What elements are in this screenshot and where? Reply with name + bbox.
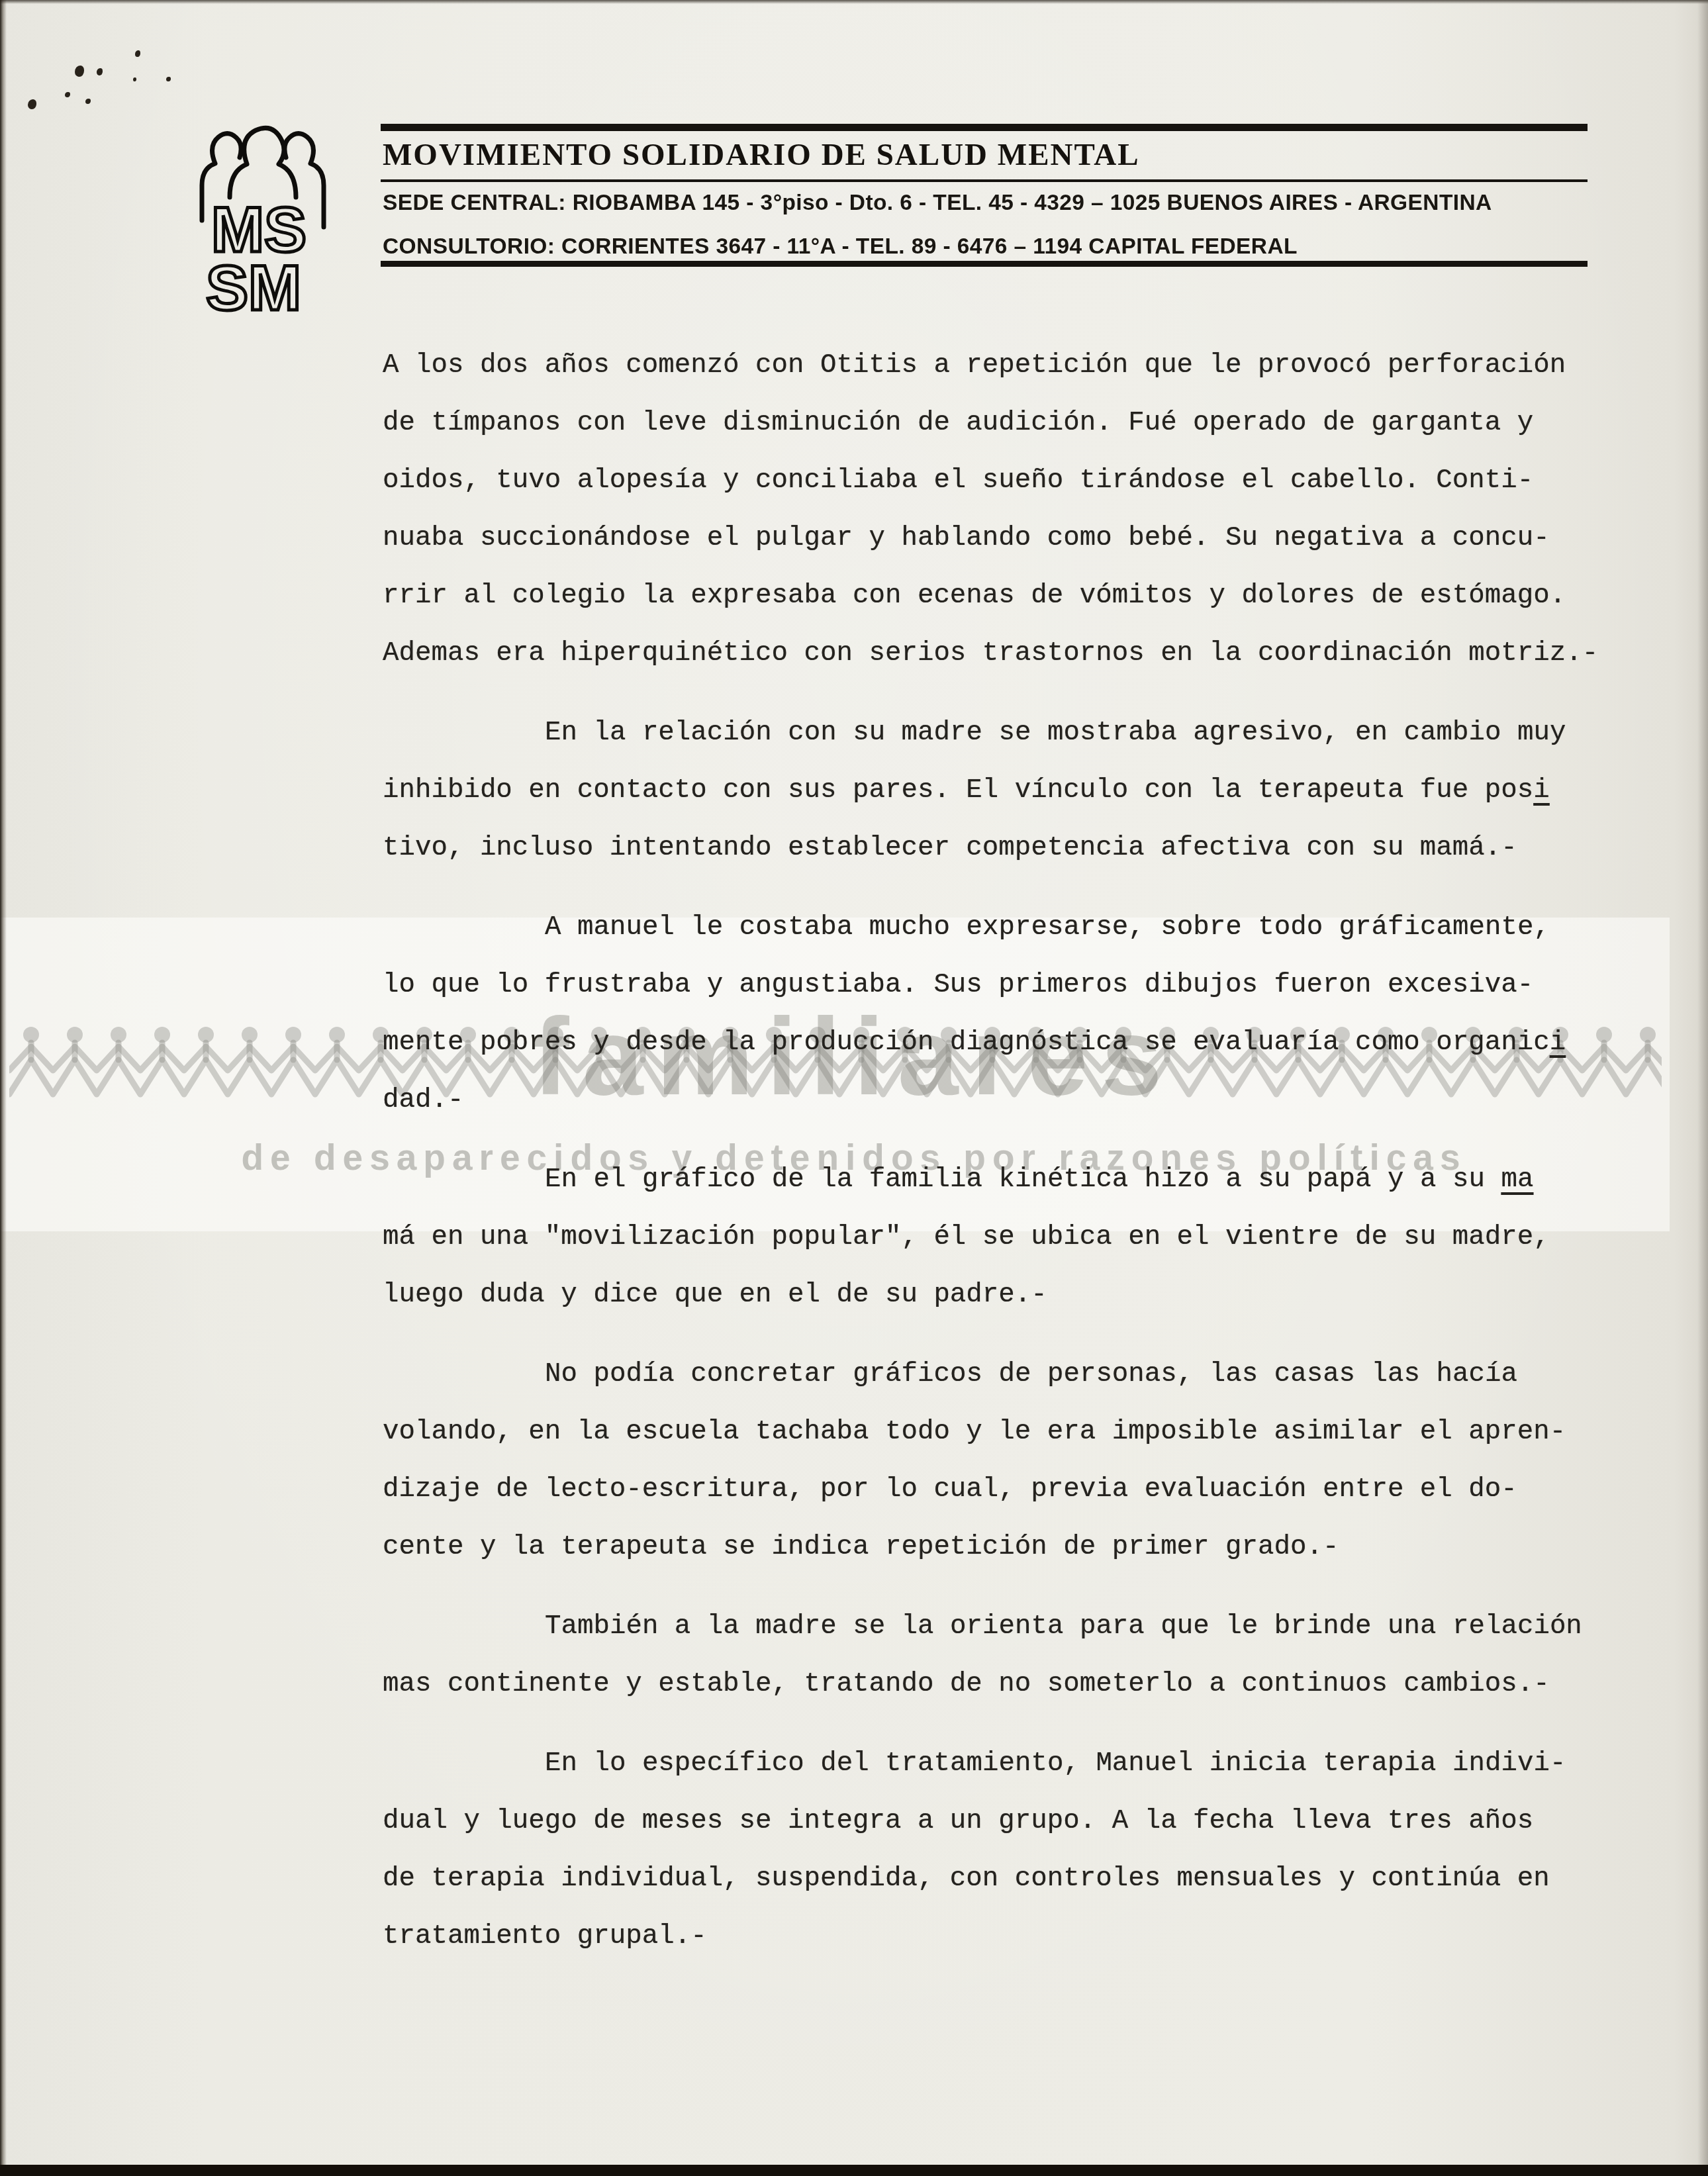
bottom-scan-edge — [0, 2165, 1708, 2176]
text-line: Ademas era hiperquinético con serios tra… — [383, 625, 1640, 683]
syllable-underline: i — [1533, 775, 1549, 806]
text-line: rrir al colegio la expresaba con ecenas … — [383, 567, 1640, 625]
text-line: dad.- — [383, 1072, 1640, 1129]
text-line: lo que lo frustraba y angustiaba. Sus pr… — [383, 957, 1640, 1014]
paragraph: No podía concretar gráficos de personas,… — [383, 1346, 1640, 1576]
org-name: MOVIMIENTO SOLIDARIO DE SALUD MENTAL — [383, 137, 1140, 173]
text-line: También a la madre se la orienta para qu… — [383, 1598, 1640, 1656]
text-line: nuaba succionándose el pulgar y hablando… — [383, 510, 1640, 567]
paragraph: A los dos años comenzó con Otitis a repe… — [383, 337, 1640, 683]
text-line: En el gráfico de la familia kinética hiz… — [383, 1151, 1640, 1209]
text-line: mas continente y estable, tratando de no… — [383, 1656, 1640, 1713]
ink-speck — [65, 92, 70, 97]
top-scan-edge — [0, 0, 1708, 4]
syllable-underline: i — [1550, 1027, 1566, 1058]
letterhead-rule-middle — [381, 179, 1588, 182]
address-line-2: CONSULTORIO: CORRIENTES 3647 - 11°A - TE… — [383, 234, 1298, 260]
document-body: A los dos años comenzó con Otitis a repe… — [383, 337, 1640, 1987]
msm-logo: MS SM — [187, 111, 338, 322]
text-line: luego duda y dice que en el de su padre.… — [383, 1266, 1640, 1324]
ink-speck — [97, 68, 103, 75]
text-line: En lo específico del tratamiento, Manuel… — [383, 1735, 1640, 1793]
text-line: inhibido en contacto con sus pares. El v… — [383, 762, 1640, 820]
text-line: dual y luego de meses se integra a un gr… — [383, 1793, 1640, 1850]
text-line: de terapia individual, suspendida, con c… — [383, 1850, 1640, 1908]
left-scan-edge — [0, 0, 7, 2176]
letterhead-rule-bottom — [381, 261, 1588, 267]
text-line: oidos, tuvo alopesía y conciliaba el sue… — [383, 452, 1640, 510]
paragraph: A manuel le costaba mucho expresarse, so… — [383, 899, 1640, 1129]
text-line: tivo, incluso intentando establecer comp… — [383, 820, 1640, 877]
text-line: dizaje de lecto-escritura, por lo cual, … — [383, 1461, 1640, 1519]
text-line: No podía concretar gráficos de personas,… — [383, 1346, 1640, 1403]
paragraph: En la relación con su madre se mostraba … — [383, 704, 1640, 877]
paragraph: En lo específico del tratamiento, Manuel… — [383, 1735, 1640, 1965]
syllable-underline: ma — [1501, 1164, 1533, 1195]
ink-speck — [28, 99, 36, 109]
text-line: cente y la terapeuta se indica repetició… — [383, 1519, 1640, 1576]
text-line: En la relación con su madre se mostraba … — [383, 704, 1640, 762]
paragraph: En el gráfico de la familia kinética hiz… — [383, 1151, 1640, 1324]
text-line: volando, en la escuela tachaba todo y le… — [383, 1403, 1640, 1461]
ink-speck — [133, 77, 136, 81]
text-line: A manuel le costaba mucho expresarse, so… — [383, 899, 1640, 957]
ink-speck — [135, 50, 140, 57]
ink-speck — [85, 99, 91, 104]
right-scan-edge — [1697, 0, 1708, 2176]
text-line: mente pobres y desde la producción diagn… — [383, 1014, 1640, 1072]
ink-speck — [75, 66, 84, 77]
scanned-document-page: familiares de desaparecidos y detenidos … — [0, 0, 1708, 2176]
logo-letters-bottom: SM — [206, 253, 301, 322]
text-line: de tímpanos con leve disminución de audi… — [383, 395, 1640, 452]
text-line: má en una "movilización popular", él se … — [383, 1209, 1640, 1266]
address-line-1: SEDE CENTRAL: RIOBAMBA 145 - 3°piso - Dt… — [383, 191, 1492, 216]
ink-speck — [166, 77, 171, 81]
text-line: A los dos años comenzó con Otitis a repe… — [383, 337, 1640, 395]
text-line: tratamiento grupal.- — [383, 1908, 1640, 1965]
letterhead-rule-top — [381, 124, 1588, 131]
paragraph: También a la madre se la orienta para qu… — [383, 1598, 1640, 1713]
